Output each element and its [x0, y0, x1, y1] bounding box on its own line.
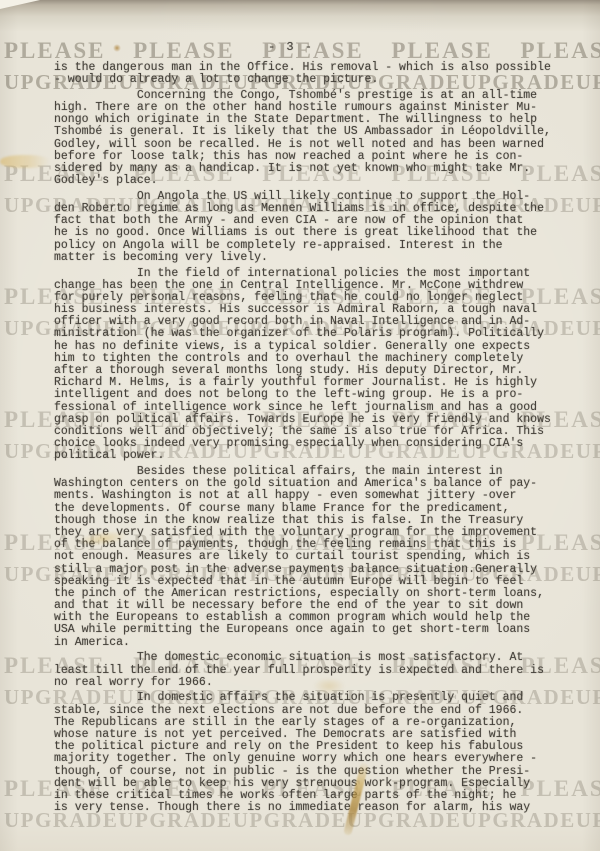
text-line: The domestic economic situation is most …: [54, 652, 579, 664]
watermark-word-upgrade: UPGRADE: [576, 316, 600, 341]
text-line: is very tense. Though there is no immedi…: [54, 802, 579, 814]
watermark-word-upgrade: UPGRADE: [576, 439, 600, 464]
paragraph: In the field of international policies t…: [54, 268, 579, 463]
text-line: policy on Angola will be completely re-a…: [54, 240, 579, 252]
text-line: Godley's place.: [54, 175, 579, 187]
text-line: least till the end of the year full pros…: [54, 665, 579, 677]
text-line: intelligent and does not belong to the l…: [54, 389, 579, 401]
paragraph: On Angola the US will likely continue to…: [54, 191, 579, 264]
text-line: In domestic affairs the situation is pre…: [54, 692, 579, 704]
paragraph: Concerning the Congo, Tshombé's prestige…: [54, 90, 579, 188]
text-line: though, of course, not in public - is th…: [54, 766, 579, 778]
watermark-word-upgrade: UPGRADE: [576, 562, 600, 587]
text-line: stable, since the next elections are not…: [54, 705, 579, 717]
text-line: fessional of intelligence work since he …: [54, 402, 579, 414]
watermark-word-upgrade: UPGRADE: [576, 70, 600, 95]
text-line: political power.: [54, 450, 579, 462]
text-line: ments. Washington is not at all happy - …: [54, 490, 579, 502]
text-line: - would do already a lot to change the p…: [54, 74, 579, 86]
paragraph: In domestic affairs the situation is pre…: [54, 692, 579, 814]
text-line: ministration (he was the organizer of th…: [54, 328, 579, 340]
text-line: In the field of international policies t…: [54, 268, 579, 280]
text-line: still a major post in the adverse paymen…: [54, 564, 579, 576]
text-line: he is no good. Once Williams is out ther…: [54, 227, 579, 239]
page-number: - 3 -: [268, 40, 314, 54]
scanned-document-page: PLEASEPLEASEPLEASEPLEASEPLEASEUPGRADEUPG…: [0, 0, 600, 851]
text-line: Godley, will soon be recalled. He is not…: [54, 139, 579, 151]
text-line: he has no definite views, is a typical s…: [54, 341, 579, 353]
text-line: majority together. The only genuine worr…: [54, 753, 579, 765]
paragraph: is the dangerous man in the Office. His …: [54, 62, 579, 86]
watermark-word-upgrade: UPGRADE: [576, 685, 600, 710]
text-line: not enough. Measures are likely to curta…: [54, 551, 579, 563]
text-line: matter is becoming very lively.: [54, 252, 579, 264]
watermark-word-upgrade: UPGRADE: [576, 808, 600, 833]
text-line: no real worry for 1966.: [54, 677, 579, 689]
text-layer: is the dangerous man in the Office. His …: [54, 62, 579, 818]
text-line: in America.: [54, 637, 579, 649]
paragraph: The domestic economic situation is most …: [54, 652, 579, 689]
text-line: the developments. Of course many blame F…: [54, 503, 579, 515]
text-line: USA while permitting the Europeans once …: [54, 624, 579, 636]
text-line: Tshombé is general. It is likely that th…: [54, 126, 579, 138]
paragraph: Besides these political affairs, the mai…: [54, 466, 579, 649]
watermark-word-upgrade: UPGRADE: [576, 193, 600, 218]
